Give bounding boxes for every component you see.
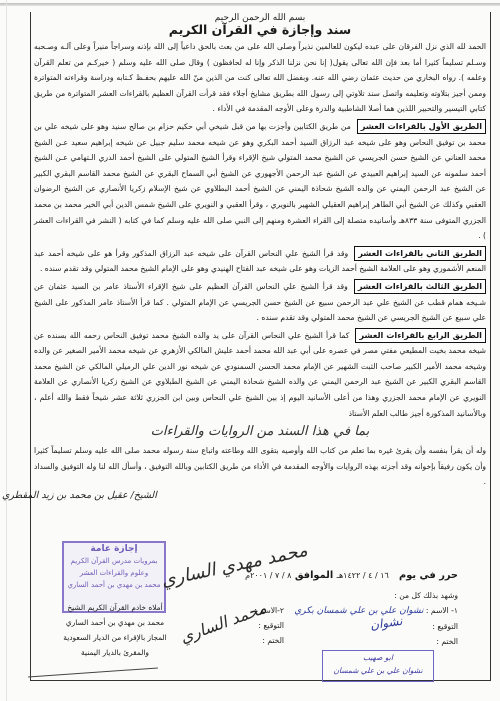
date-line: حرر في يوم ١٦ / ٤ / ١٤٢٢هـ الموافق ٨ / ٧… (245, 570, 458, 581)
teacher-line-2: محمد بن مهدي بن أحمد الساري (40, 615, 190, 630)
stamp-heading: إجازة عامة (64, 543, 164, 555)
witness-1-name-row: ١- الاسم : نشوان علي بن علي شمسان بكري (258, 603, 458, 619)
certificate-page: بسم الله الرحمن الرحيم سند وإجازة في الق… (34, 12, 486, 490)
witness-2-name-label: ٢-الاسم : (254, 603, 284, 618)
route-2-label: الطريق الثاني بالقراءات العشر (354, 246, 486, 261)
witness-1-block: وشهد بذلك كل من : ١- الاسم : نشوان علي ب… (258, 588, 458, 649)
route-2-paragraph: الطريق الثاني بالقراءات العشروقد قرأ الش… (34, 246, 486, 277)
witness-stamp-line-1: ابو صهيب (323, 651, 433, 664)
route-4-text: كما قرأ الشيخ علي النحاس القرآن على يد و… (34, 331, 486, 418)
witness-1-stamp: ابو صهيب نشوان علي بن علي شمسان (322, 650, 434, 682)
stamp-line-1: بمرويات مدرس القرآن الكريم (64, 555, 164, 567)
intro-paragraph: الحمد لله الذي نزل الفرقان على عبده ليكو… (34, 39, 486, 117)
scan-edge-left (6, 0, 7, 701)
teacher-line-3: المجاز بالإقراء من الديار السعودية (40, 630, 190, 645)
witness-2-block: ٢-الاسم : التوقيع : الختم : (254, 603, 284, 648)
witness-2-signature-label: التوقيع : (254, 618, 284, 633)
date-gregorian: ٨ / ٧ / ٢٠٠١م (245, 571, 291, 580)
route-1-label: الطريق الأول بالقراءات العشر (357, 119, 486, 134)
teacher-block: أملاه خادم القرآن الكريم الشيخ محمد بن م… (40, 600, 190, 660)
route-1-text: من طريق الكتابين وأجزت بها من قبل شيخي أ… (34, 122, 486, 240)
teacher-line-1: أملاه خادم القرآن الكريم الشيخ (40, 600, 190, 615)
route-4-label: الطريق الرابع بالقراءات العشر (355, 328, 486, 343)
witness-1-name-label: ١- الاسم : (426, 606, 458, 615)
handwritten-line: بما في هذا السند من الروايات والقراءات (34, 423, 486, 441)
student-name-handwritten: الشيخ/ عقيل بن محمد بن زيد المقطري (2, 490, 157, 501)
route-4-paragraph: الطريق الرابع بالقراءات العشركما قرأ الش… (34, 328, 486, 422)
witness-stamp-line-2: نشوان علي بن علي شمسان (323, 664, 433, 677)
route-3-paragraph: الطريق الثالث بالقراءات العشروقد قرأ الش… (34, 279, 486, 326)
witness-intro: وشهد بذلك كل من : (258, 588, 458, 603)
witness-1-name-value: نشوان علي بن علي شمسان بكري (294, 606, 423, 616)
witness-1-stamp-label: الختم : (258, 634, 458, 649)
scan-edge-top (0, 3, 500, 6)
stamp-line-2: وعلوم والقراءات العشر (64, 567, 164, 579)
closing-paragraph: وله أن يقرأ بنفسه وأن يقرئ غيره بما تعلم… (34, 443, 486, 490)
route-1-paragraph: الطريق الأول بالقراءات العشرمن طريق الكت… (34, 119, 486, 244)
date-connector: الموافق (295, 570, 333, 581)
witness-1-signature-label: التوقيع : (258, 619, 458, 634)
date-prefix: حرر في يوم (399, 570, 458, 581)
certificate-title: سند وإجازة في القرآن الكريم (34, 23, 486, 37)
stamp-line-3: محمد بن مهدي بن أحمد الساري (64, 579, 164, 591)
date-hijri: ١٦ / ٤ / ١٤٢٢هـ (337, 571, 389, 580)
route-3-label: الطريق الثالث بالقراءات العشر (354, 279, 486, 294)
witness-2-stamp-label: الختم : (254, 633, 284, 648)
teacher-line-4: والمقرئ بالديار اليمنية (40, 645, 190, 660)
